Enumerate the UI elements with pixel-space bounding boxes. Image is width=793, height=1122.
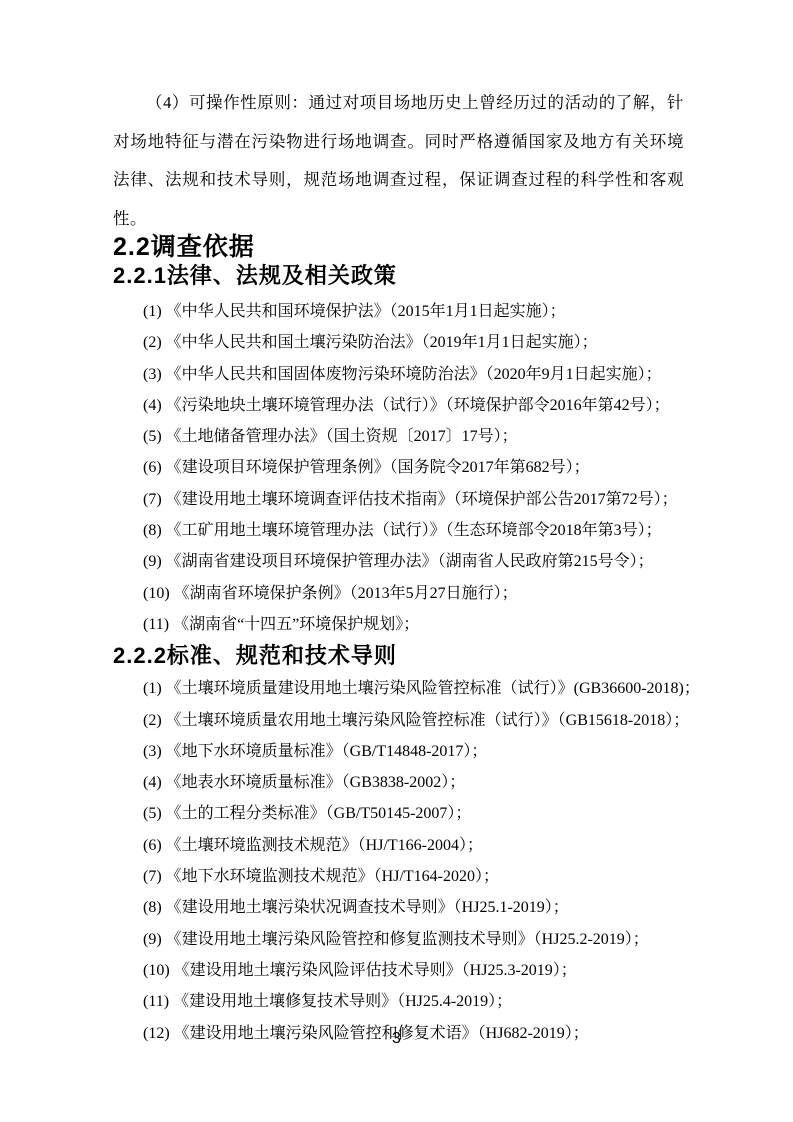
body-paragraph: （4）可操作性原则：通过对项目场地历史上曾经历过的活动的了解，针对场地特征与潜在… xyxy=(113,84,684,238)
laws-list: (1) 《中华人民共和国环境保护法》（2015年1月1日起实施）； (2) 《中… xyxy=(113,296,684,640)
page-content: （4）可操作性原则：通过对项目场地历史上曾经历过的活动的了解，针对场地特征与潜在… xyxy=(113,84,684,1049)
standard-item: (4) 《地表水环境质量标准》（GB3838-2002）； xyxy=(113,767,684,798)
document-page: （4）可操作性原则：通过对项目场地历史上曾经历过的活动的了解，针对场地特征与潜在… xyxy=(0,0,793,1122)
standard-item: (9) 《建设用地土壤污染风险管控和修复监测技术导则》（HJ25.2-2019）… xyxy=(113,924,684,955)
standard-item: (5) 《土的工程分类标准》（GB/T50145-2007）； xyxy=(113,798,684,829)
law-item: (9) 《湖南省建设项目环境保护管理办法》（湖南省人民政府第215号令）； xyxy=(113,546,684,577)
law-item: (5) 《土地储备管理办法》（国土资规〔2017〕17号）； xyxy=(113,421,684,452)
subsection-heading-2-2-2: 2.2.2标准、规范和技术导则 xyxy=(113,641,684,671)
law-item: (2) 《中华人民共和国土壤污染防治法》（2019年1月1日起实施）； xyxy=(113,327,684,358)
law-item: (3) 《中华人民共和国固体废物污染环境防治法》（2020年9月1日起实施）； xyxy=(113,359,684,390)
standard-item: (7) 《地下水环境监测技术规范》（HJ/T164-2020）； xyxy=(113,861,684,892)
standard-item: (11) 《建设用地土壤修复技术导则》（HJ25.4-2019）； xyxy=(113,986,684,1017)
section-heading-2-2: 2.2调查依据 xyxy=(113,231,684,263)
law-item: (1) 《中华人民共和国环境保护法》（2015年1月1日起实施）； xyxy=(113,296,684,327)
standard-item: (3) 《地下水环境质量标准》（GB/T14848-2017）； xyxy=(113,736,684,767)
law-item: (10) 《湖南省环境保护条例》（2013年5月27日施行）； xyxy=(113,578,684,609)
law-item: (7) 《建设用地土壤环境调查评估技术指南》（环境保护部公告2017第72号）； xyxy=(113,484,684,515)
page-number: 3 xyxy=(0,1030,793,1048)
standard-item: (10) 《建设用地土壤污染风险评估技术导则》（HJ25.3-2019）； xyxy=(113,955,684,986)
standard-item: (1) 《土壤环境质量建设用地土壤污染风险管控标准（试行）》(GB36600-2… xyxy=(113,673,684,704)
law-item: (4) 《污染地块土壤环境管理办法（试行）》（环境保护部令2016年第42号）； xyxy=(113,390,684,421)
subsection-heading-2-2-1: 2.2.1法律、法规及相关政策 xyxy=(113,261,684,291)
law-item: (11) 《湖南省“十四五”环境保护规划》； xyxy=(113,609,684,640)
standard-item: (2) 《土壤环境质量农用地土壤污染风险管控标准（试行）》（GB15618-20… xyxy=(113,705,684,736)
law-item: (6) 《建设项目环境保护管理条例》（国务院令2017年第682号）； xyxy=(113,452,684,483)
standards-list: (1) 《土壤环境质量建设用地土壤污染风险管控标准（试行）》(GB36600-2… xyxy=(113,673,684,1049)
law-item: (8) 《工矿用地土壤环境管理办法（试行）》（生态环境部令2018年第3号）； xyxy=(113,515,684,546)
standard-item: (6) 《土壤环境监测技术规范》（HJ/T166-2004）； xyxy=(113,830,684,861)
standard-item: (8) 《建设用地土壤污染状况调查技术导则》（HJ25.1-2019）； xyxy=(113,892,684,923)
